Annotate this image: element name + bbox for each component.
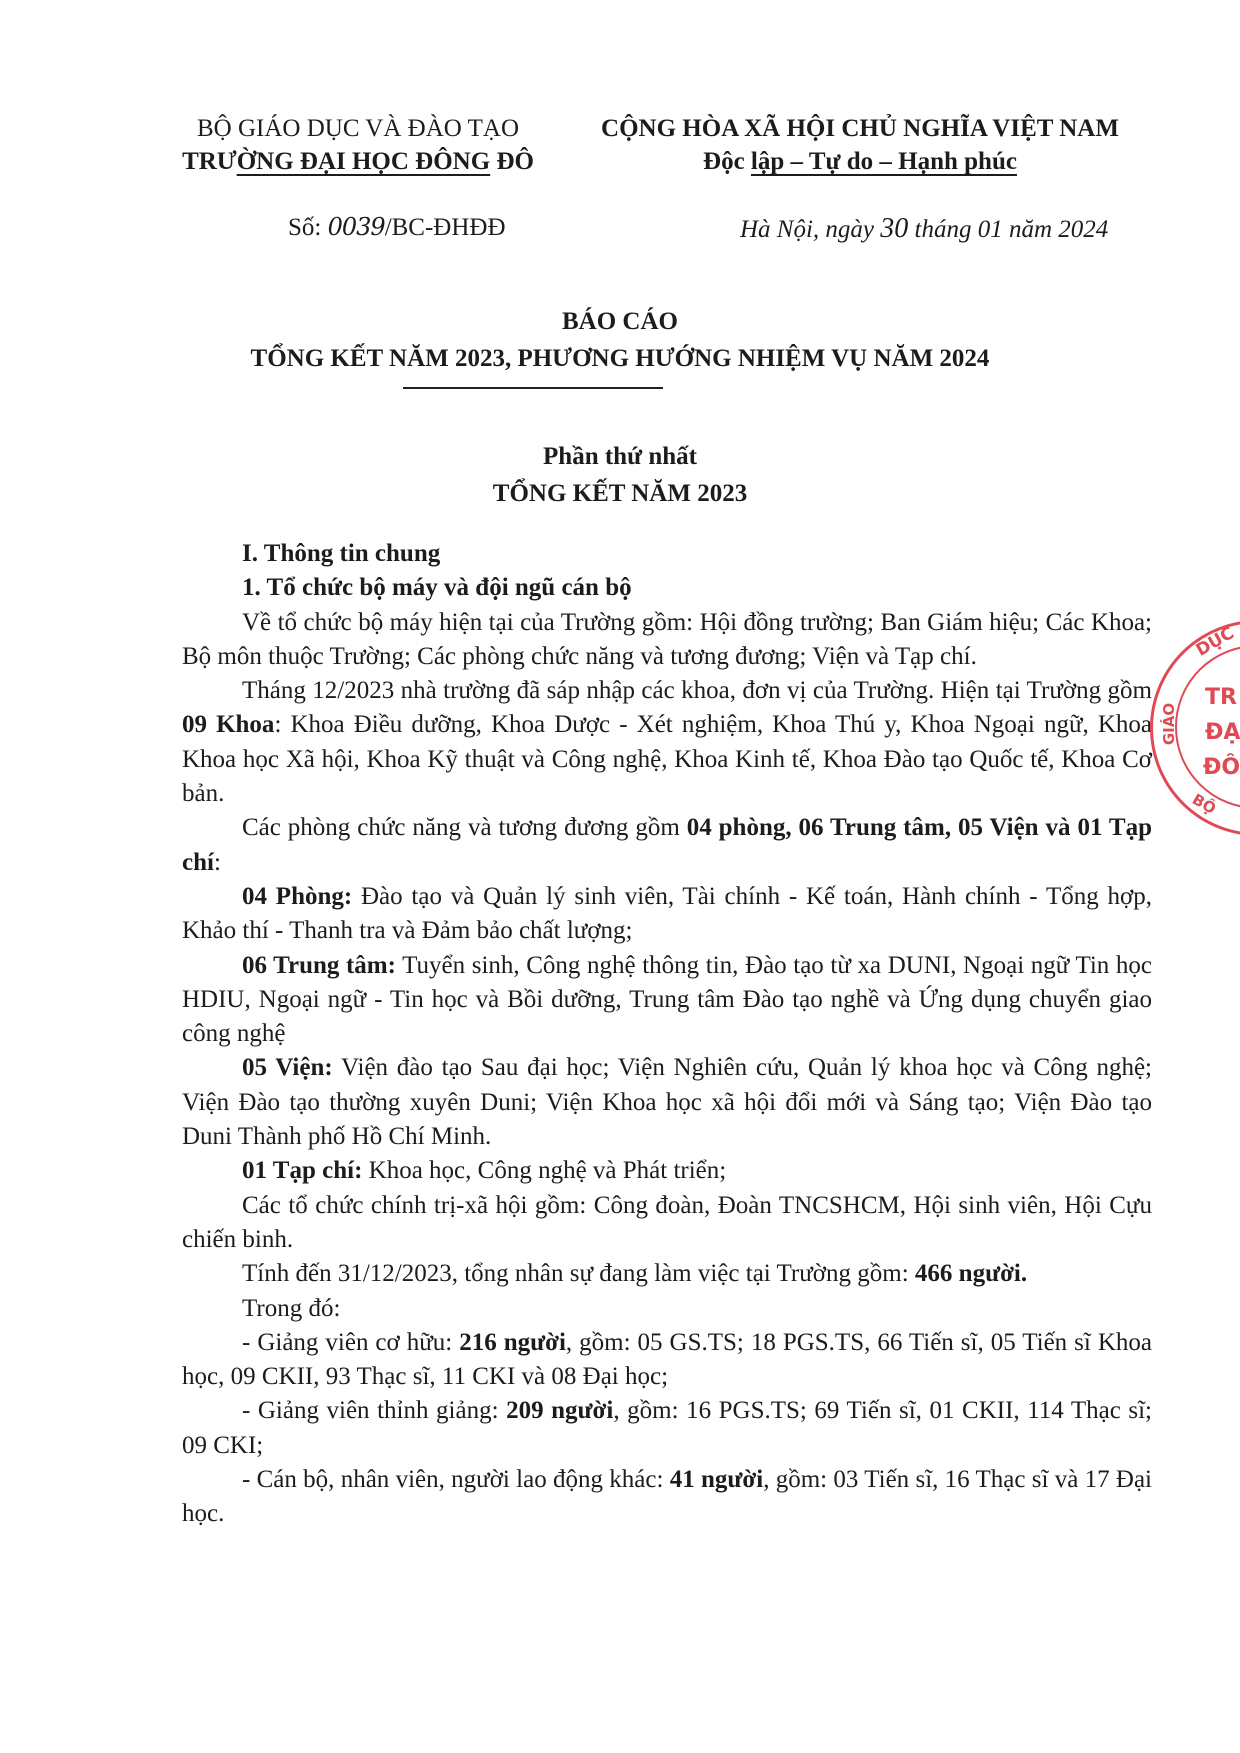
university-name-underlined: ỜNG ĐẠI HỌC ĐÔNG [237, 148, 490, 175]
university-name-part: TRƯ [182, 148, 237, 175]
seal-center-line: ĐẠ [1205, 720, 1240, 745]
doc-number-suffix: /BC-ĐHĐĐ [385, 214, 506, 241]
text: Tính đến 31/12/2023, tổng nhân sự đang l… [242, 1260, 915, 1287]
doc-number-label: Số: [288, 214, 328, 241]
paragraph-institutes: 05 Viện: Viện đào tạo Sau đại học; Viện … [182, 1051, 1152, 1154]
text: Khoa học, Công nghệ và Phát triển; [362, 1157, 726, 1184]
list-item-other-staff: - Cán bộ, nhân viên, người lao động khác… [182, 1463, 1152, 1532]
count: 216 người [459, 1329, 566, 1356]
university-name-part: ĐÔ [490, 148, 534, 175]
label: 06 Trung tâm: [242, 952, 396, 979]
section-heading: I. Thông tin chung [182, 537, 1152, 571]
motto-underlined: lập – Tự do – Hạnh phúc [751, 148, 1017, 175]
national-motto: Độc lập – Tự do – Hạnh phúc [570, 145, 1150, 178]
subsection-heading: 1. Tổ chức bộ máy và đội ngũ cán bộ [182, 571, 1152, 605]
date-prefix: Hà Nội, ngày [740, 216, 880, 243]
motto-part: Độc [703, 148, 751, 175]
paragraph-staff-total: Tính đến 31/12/2023, tổng nhân sự đang l… [182, 1257, 1152, 1291]
seal-arc-left: GIÁO [1160, 703, 1178, 745]
count: 41 người [670, 1466, 763, 1493]
issue-date: Hà Nội, ngày 30 tháng 01 năm 2024 [740, 213, 1108, 245]
seal-center-line: TR [1205, 685, 1237, 710]
paragraph-organizations: Các tổ chức chính trị-xã hội gồm: Công đ… [182, 1189, 1152, 1258]
text: - Giảng viên cơ hữu: [242, 1329, 459, 1356]
label: 01 Tạp chí: [242, 1157, 362, 1184]
seal-center-line: ĐÔ [1203, 755, 1240, 780]
part-title: TỔNG KẾT NĂM 2023 [0, 480, 1240, 508]
list-item-permanent-lecturers: - Giảng viên cơ hữu: 216 người, gồm: 05 … [182, 1326, 1152, 1395]
part-label: Phần thứ nhất [0, 443, 1240, 471]
ministry-name: BỘ GIÁO DỤC VÀ ĐÀO TẠO [168, 112, 548, 145]
report-subtitle: TỔNG KẾT NĂM 2023, PHƯƠNG HƯỚNG NHIỆM VỤ… [0, 345, 1240, 373]
staff-total: 466 người. [915, 1260, 1027, 1287]
doc-number-handwritten: 0039 [328, 213, 385, 241]
date-suffix: tháng 01 năm 2024 [908, 216, 1108, 243]
paragraph-organization: Về tổ chức bộ máy hiện tại của Trường gồ… [182, 606, 1152, 675]
text: - Giảng viên thỉnh giảng: [242, 1397, 506, 1424]
faculty-count: 09 Khoa [182, 711, 274, 738]
issuer-block: BỘ GIÁO DỤC VÀ ĐÀO TẠO TRƯỜNG ĐẠI HỌC ĐÔ… [168, 112, 548, 178]
list-item-visiting-lecturers: - Giảng viên thỉnh giảng: 209 người, gồm… [182, 1394, 1152, 1463]
national-header: CỘNG HÒA XÃ HỘI CHỦ NGHĨA VIỆT NAM Độc l… [570, 112, 1150, 178]
date-day-handwritten: 30 [880, 213, 908, 244]
paragraph-units: Các phòng chức năng và tương đương gồm 0… [182, 811, 1152, 880]
title-divider [403, 387, 663, 389]
paragraph-centers: 06 Trung tâm: Tuyển sinh, Công nghệ thôn… [182, 949, 1152, 1052]
paragraph-journal: 01 Tạp chí: Khoa học, Công nghệ và Phát … [182, 1154, 1152, 1188]
document-number: Số: 0039/BC-ĐHĐĐ [288, 213, 506, 242]
text: Tháng 12/2023 nhà trường đã sáp nhập các… [242, 677, 1152, 704]
text: - Cán bộ, nhân viên, người lao động khác… [242, 1466, 670, 1493]
text: : [214, 849, 221, 876]
text: : Khoa Điều dưỡng, Khoa Dược - Xét nghiệ… [182, 711, 1152, 807]
label: 04 Phòng: [242, 883, 352, 910]
republic-name: CỘNG HÒA XÃ HỘI CHỦ NGHĨA VIỆT NAM [570, 112, 1150, 145]
document-page: BỘ GIÁO DỤC VÀ ĐÀO TẠO TRƯỜNG ĐẠI HỌC ĐÔ… [0, 0, 1240, 1753]
paragraph-offices: 04 Phòng: Đào tạo và Quản lý sinh viên, … [182, 880, 1152, 949]
university-name: TRƯỜNG ĐẠI HỌC ĐÔNG ĐÔ [168, 145, 548, 178]
label: 05 Viện: [242, 1054, 333, 1081]
report-body: I. Thông tin chung 1. Tổ chức bộ máy và … [182, 537, 1152, 1532]
report-title: BÁO CÁO [0, 308, 1240, 336]
paragraph-of-which: Trong đó: [182, 1292, 1152, 1326]
text: Các phòng chức năng và tương đương gồm [242, 814, 687, 841]
count: 209 người [506, 1397, 613, 1424]
paragraph-faculties: Tháng 12/2023 nhà trường đã sáp nhập các… [182, 674, 1152, 811]
